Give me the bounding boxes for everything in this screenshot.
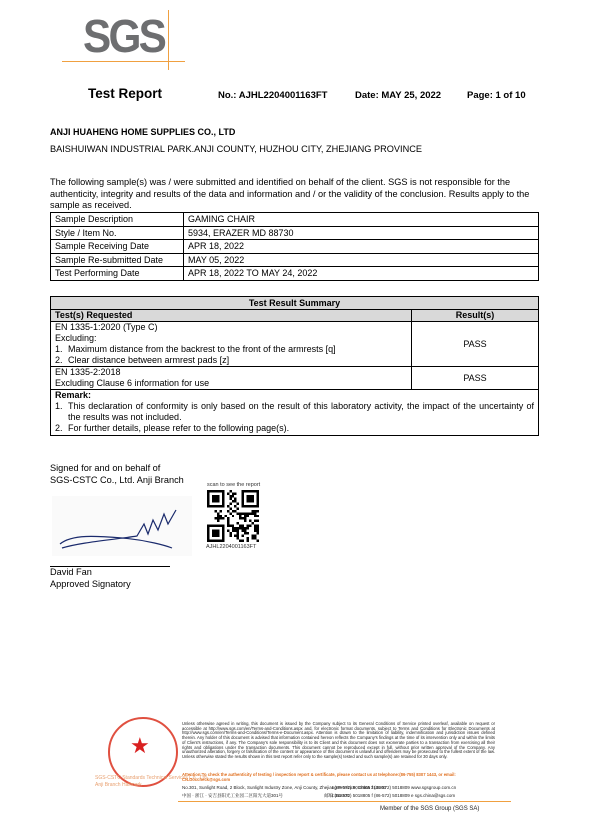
sample-info-table: Sample DescriptionGAMING CHAIRStyle / It… — [50, 212, 539, 281]
footer-contact-2: t (86-572) 5018805 f (86-572) 5018809 e … — [332, 793, 455, 798]
info-value: APR 18, 2022 — [184, 240, 539, 254]
excluded-item: 2.Clear distance between armrest pads [z… — [55, 355, 407, 366]
intro-statement: The following sample(s) was / were submi… — [50, 177, 544, 212]
standard-name: EN 1335-2:2018 — [55, 367, 407, 378]
table-row: Test Performing DateAPR 18, 2022 TO MAY … — [51, 267, 539, 281]
report-date: Date: MAY 25, 2022 — [355, 90, 441, 101]
star-icon: ★ — [130, 735, 150, 757]
footer-divider — [178, 801, 511, 802]
test-result-summary-table: Test Result Summary Test(s) Requested Re… — [50, 296, 539, 436]
sgs-logo: SGS — [83, 12, 164, 60]
client-name: ANJI HUAHENG HOME SUPPLIES CO., LTD — [50, 127, 235, 137]
legal-disclaimer: Unless otherwise agreed in writing, this… — [182, 722, 495, 760]
info-label: Test Performing Date — [51, 267, 184, 281]
col-header-result: Result(s) — [412, 310, 539, 322]
page-indicator: Page: 1 of 10 — [467, 90, 526, 101]
table-row: Sample Re-submitted DateMAY 05, 2022 — [51, 253, 539, 267]
summary-title: Test Result Summary — [51, 297, 539, 310]
info-value: MAY 05, 2022 — [184, 253, 539, 267]
info-value: APR 18, 2022 TO MAY 24, 2022 — [184, 267, 539, 281]
standard-name: EN 1335-1:2020 (Type C) — [55, 322, 407, 333]
qr-report-id: AJHL2204001163FT — [206, 544, 256, 550]
table-row: EN 1335-1:2020 (Type C) Excluding: 1.Max… — [51, 322, 539, 367]
signatory-name: David Fan — [50, 567, 131, 579]
info-label: Sample Description — [51, 213, 184, 227]
sgs-membership: Member of the SGS Group (SGS SA) — [380, 806, 479, 812]
remarks-row: Remark: 1. This declaration of conformit… — [51, 390, 539, 436]
signature-image — [52, 496, 192, 556]
signatory-role: Approved Signatory — [50, 579, 131, 591]
report-number: No.: AJHL2204001163FT — [218, 90, 327, 101]
info-value: GAMING CHAIR — [184, 213, 539, 227]
info-label: Sample Re-submitted Date — [51, 253, 184, 267]
report-title: Test Report — [88, 86, 162, 101]
signed-on-behalf: Signed for and on behalf of SGS-CSTC Co.… — [50, 463, 184, 486]
qr-code-icon[interactable] — [207, 490, 259, 542]
logo-accent-line-vertical — [168, 10, 169, 70]
info-value: 5934, ERAZER MD 88730 — [184, 226, 539, 240]
remark-item: 1. This declaration of conformity is onl… — [55, 401, 534, 423]
remark-label: Remark: — [55, 390, 534, 401]
table-row: Style / Item No.5934, ERAZER MD 88730 — [51, 226, 539, 240]
authenticity-notice: Attention:To check the authenticity of t… — [182, 773, 502, 782]
excluded-item: 1.Maximum distance from the backrest to … — [55, 344, 407, 355]
standard-note: Excluding Clause 6 information for use — [55, 378, 407, 389]
footer-contact-1: t (86-572) 5018805 f (86-572) 5018809 ww… — [332, 785, 456, 790]
logo-accent-line — [62, 61, 185, 62]
table-row: Sample DescriptionGAMING CHAIR — [51, 213, 539, 227]
client-address: BAISHUIWAN INDUSTRIAL PARK.ANJI COUNTY, … — [50, 144, 422, 154]
qr-caption: scan to see the report — [207, 482, 260, 488]
signatory: David Fan Approved Signatory — [50, 567, 131, 590]
table-row: Sample Receiving DateAPR 18, 2022 — [51, 240, 539, 254]
info-label: Sample Receiving Date — [51, 240, 184, 254]
table-row: EN 1335-2:2018 Excluding Clause 6 inform… — [51, 367, 539, 390]
result-badge: PASS — [412, 322, 539, 367]
result-badge: PASS — [412, 367, 539, 390]
remark-item: 2. For further details, please refer to … — [55, 423, 534, 434]
col-header-test: Test(s) Requested — [51, 310, 412, 322]
footer-address-cn: 中国 · 浙江 · 安吉县阳光工业园二区阳光大道301号 邮编:313300 — [182, 793, 350, 799]
info-label: Style / Item No. — [51, 226, 184, 240]
excluding-label: Excluding: — [55, 333, 407, 344]
